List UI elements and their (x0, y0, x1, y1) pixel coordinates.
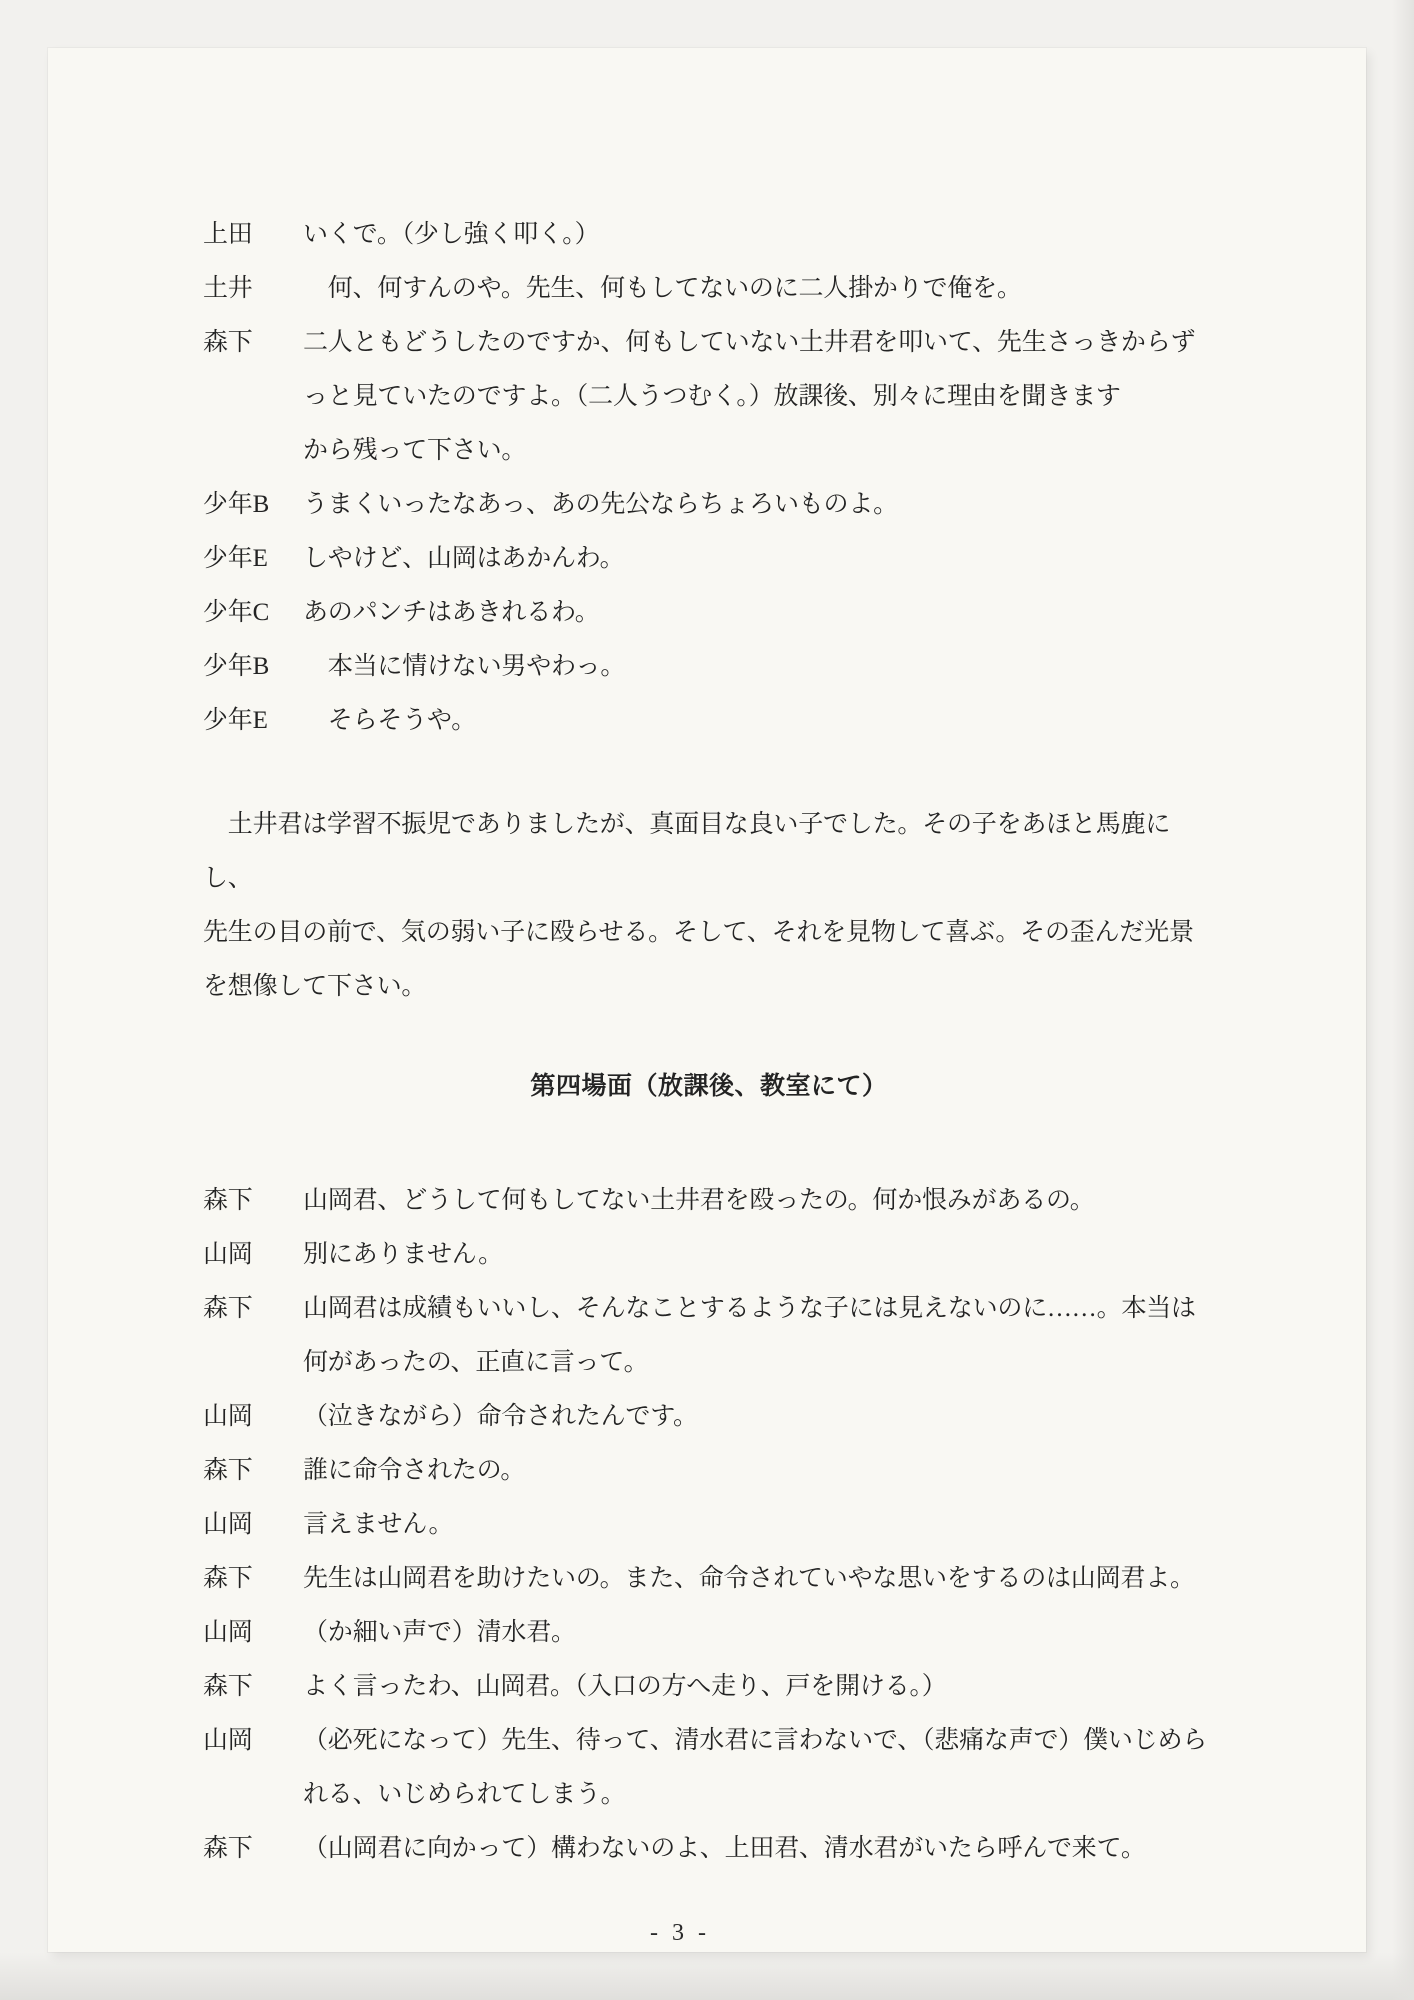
dialogue-text: （泣きながら）命令されたんです。 (303, 1390, 1223, 1444)
dialogue-line: 森下 山岡君、どうして何もしてない土井君を殴ったの。何か恨みがあるの。 (203, 1174, 1223, 1228)
dialogue-line: 少年E そらそうや。 (203, 694, 1223, 748)
dialogue-line: 山岡 （必死になって）先生、待って、清水君に言わないで、（悲痛な声で）僕いじめら… (203, 1714, 1223, 1822)
dialogue-text: よく言ったわ、山岡君。（入口の方へ走り、戸を開ける。） (303, 1660, 1223, 1714)
dialogue-text: 先生は山岡君を助けたいの。また、命令されていやな思いをするのは山岡君よ。 (303, 1552, 1223, 1606)
dialogue-line: 少年B うまくいったなあっ、あの先公ならちょろいものよ。 (203, 478, 1223, 532)
dialogue-text: （山岡君に向かって）構わないのよ、上田君、清水君がいたら呼んで来て。 (303, 1822, 1223, 1876)
speaker-name: 山岡 (203, 1228, 303, 1282)
dialogue-line: 森下 山岡君は成績もいいし、そんなことするような子には見えないのに……。本当は … (203, 1282, 1223, 1390)
speaker-name: 森下 (203, 1444, 303, 1498)
dialogue-line: 山岡 言えません。 (203, 1498, 1223, 1552)
speaker-name: 少年B (203, 478, 303, 532)
scene3-dialogue-block: 上田 いくで。（少し強く叩く。） 土井 何、何すんのや。先生、何もしてないのに二… (203, 208, 1223, 748)
speaker-name: 森下 (203, 1660, 303, 1714)
speaker-name: 上田 (203, 208, 303, 262)
script-page: 上田 いくで。（少し強く叩く。） 土井 何、何すんのや。先生、何もしてないのに二… (48, 48, 1366, 1952)
dialogue-line: 森下 誰に命令されたの。 (203, 1444, 1223, 1498)
dialogue-text: 何、何すんのや。先生、何もしてないのに二人掛かりで俺を。 (303, 262, 1223, 316)
dialogue-text: 山岡君は成績もいいし、そんなことするような子には見えないのに……。本当は 何があ… (303, 1282, 1223, 1390)
dialogue-text: いくで。（少し強く叩く。） (303, 208, 1223, 262)
dialogue-line: 土井 何、何すんのや。先生、何もしてないのに二人掛かりで俺を。 (203, 262, 1223, 316)
dialogue-line: 森下 （山岡君に向かって）構わないのよ、上田君、清水君がいたら呼んで来て。 (203, 1822, 1223, 1876)
speaker-name: 少年B (203, 640, 303, 694)
speaker-name: 山岡 (203, 1390, 303, 1444)
dialogue-text: （必死になって）先生、待って、清水君に言わないで、（悲痛な声で）僕いじめら れる… (303, 1714, 1223, 1822)
dialogue-line: 上田 いくで。（少し強く叩く。） (203, 208, 1223, 262)
dialogue-line: 少年E しやけど、山岡はあかんわ。 (203, 532, 1223, 586)
dialogue-line: 森下 よく言ったわ、山岡君。（入口の方へ走り、戸を開ける。） (203, 1660, 1223, 1714)
scene4-dialogue-block: 森下 山岡君、どうして何もしてない土井君を殴ったの。何か恨みがあるの。 山岡 別… (203, 1174, 1223, 1876)
dialogue-text: 山岡君、どうして何もしてない土井君を殴ったの。何か恨みがあるの。 (303, 1174, 1223, 1228)
speaker-name: 森下 (203, 1822, 303, 1876)
dialogue-line: 森下 先生は山岡君を助けたいの。また、命令されていやな思いをするのは山岡君よ。 (203, 1552, 1223, 1606)
dialogue-text: 二人ともどうしたのですか、何もしていない土井君を叩いて、先生さっきからず っと見… (303, 316, 1223, 478)
speaker-name: 少年E (203, 532, 303, 586)
dialogue-text: うまくいったなあっ、あの先公ならちょろいものよ。 (303, 478, 1223, 532)
scanned-document-background: 上田 いくで。（少し強く叩く。） 土井 何、何すんのや。先生、何もしてないのに二… (0, 0, 1414, 2000)
dialogue-line: 山岡 別にありません。 (203, 1228, 1223, 1282)
scene-heading: 第四場面（放課後、教室にて） (203, 1060, 1215, 1114)
speaker-name: 山岡 (203, 1498, 303, 1552)
dialogue-text: （か細い声で）清水君。 (303, 1606, 1223, 1660)
narration-paragraph: 土井君は学習不振児でありましたが、真面目な良い子でした。その子をあほと馬鹿にし、… (203, 798, 1215, 1014)
speaker-name: 森下 (203, 1282, 303, 1336)
dialogue-line: 少年C あのパンチはあきれるわ。 (203, 586, 1223, 640)
speaker-name: 森下 (203, 316, 303, 370)
speaker-name: 山岡 (203, 1714, 303, 1768)
dialogue-line: 山岡 （か細い声で）清水君。 (203, 1606, 1223, 1660)
scan-edge-right (1392, 0, 1414, 2000)
speaker-name: 少年C (203, 586, 303, 640)
speaker-name: 土井 (203, 262, 303, 316)
dialogue-text: 言えません。 (303, 1498, 1223, 1552)
dialogue-line: 山岡 （泣きながら）命令されたんです。 (203, 1390, 1223, 1444)
dialogue-text: そらそうや。 (303, 694, 1223, 748)
speaker-name: 少年E (203, 694, 303, 748)
dialogue-text: 誰に命令されたの。 (303, 1444, 1223, 1498)
dialogue-text: 別にありません。 (303, 1228, 1223, 1282)
dialogue-line: 少年B 本当に情けない男やわっ。 (203, 640, 1223, 694)
dialogue-text: しやけど、山岡はあかんわ。 (303, 532, 1223, 586)
speaker-name: 森下 (203, 1552, 303, 1606)
dialogue-text: あのパンチはあきれるわ。 (303, 586, 1223, 640)
page-number: - 3 - (48, 1906, 1262, 1960)
speaker-name: 森下 (203, 1174, 303, 1228)
speaker-name: 山岡 (203, 1606, 303, 1660)
dialogue-text: 本当に情けない男やわっ。 (303, 640, 1223, 694)
dialogue-line: 森下 二人ともどうしたのですか、何もしていない土井君を叩いて、先生さっきからず … (203, 316, 1223, 478)
